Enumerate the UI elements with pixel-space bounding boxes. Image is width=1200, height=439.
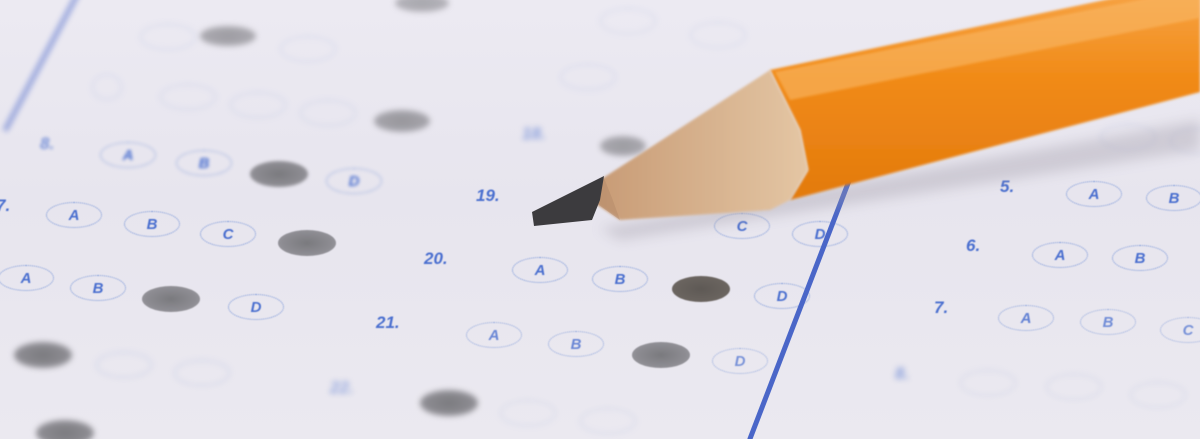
pencil-icon [0, 0, 1200, 439]
answer-sheet-photo: 18. 8. A B D 7. A B C A B D 22. 19. 20. … [0, 0, 1200, 439]
